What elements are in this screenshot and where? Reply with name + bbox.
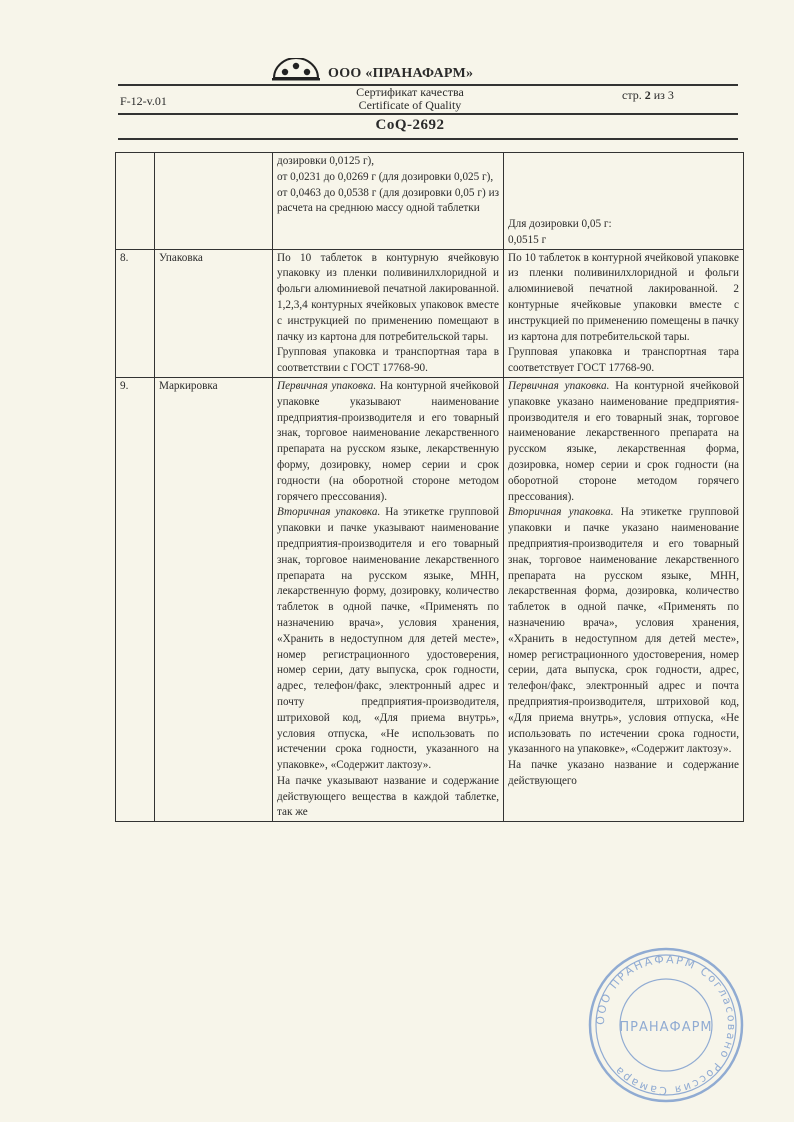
- round-seal-stamp-icon: ООО ПРАНАФАРМ Согласовано Россия Самара …: [586, 945, 746, 1105]
- result-cell: По 10 таблеток в контурной ячейковой упа…: [504, 249, 744, 377]
- page-number: стр. 2 из 3: [622, 88, 674, 103]
- document-number: CoQ-2692: [300, 117, 520, 134]
- form-code: F-12-v.01: [120, 94, 167, 109]
- row-number: 8.: [116, 249, 155, 377]
- company-header: ООО «ПРАНАФАРМ»: [270, 56, 473, 82]
- result-cell: Первичная упаковка. На контурной ячейков…: [504, 377, 744, 821]
- row-number: [116, 153, 155, 250]
- requirement-cell: По 10 таблеток в контурную ячейковую упа…: [273, 249, 504, 377]
- header-divider: [118, 113, 738, 115]
- certificate-page: ООО «ПРАНАФАРМ» F-12-v.01 Сертификат кач…: [0, 0, 794, 1122]
- certificate-title-en: Certificate of Quality: [300, 99, 520, 112]
- row-number: 9.: [116, 377, 155, 821]
- company-name: ООО «ПРАНАФАРМ»: [328, 66, 473, 82]
- table-row: дозировки 0,0125 г), от 0,0231 до 0,0269…: [116, 153, 744, 250]
- parameter-name: Маркировка: [155, 377, 273, 821]
- table-row: 9. Маркировка Первичная упаковка. На кон…: [116, 377, 744, 821]
- svg-text:ООО ПРАНАФАРМ Согласовано Росс: ООО ПРАНАФАРМ Согласовано Россия Самара: [594, 953, 738, 1097]
- page-total: 3: [668, 88, 674, 102]
- result-cell: Для дозировки 0,05 г: 0,0515 г: [504, 153, 744, 250]
- svg-text:ПРАНАФАРМ: ПРАНАФАРМ: [619, 1020, 712, 1035]
- page-current: 2: [645, 88, 651, 102]
- requirement-cell: дозировки 0,0125 г), от 0,0231 до 0,0269…: [273, 153, 504, 250]
- requirement-cell: Первичная упаковка. На контурной ячейков…: [273, 377, 504, 821]
- parameter-name: Упаковка: [155, 249, 273, 377]
- certificate-title: Сертификат качества Certificate of Quali…: [300, 86, 520, 112]
- parameter-name: [155, 153, 273, 250]
- table-row: 8. Упаковка По 10 таблеток в контурную я…: [116, 249, 744, 377]
- company-logo-icon: [270, 58, 322, 82]
- specification-table: дозировки 0,0125 г), от 0,0231 до 0,0269…: [115, 152, 744, 822]
- header-divider: [118, 138, 738, 140]
